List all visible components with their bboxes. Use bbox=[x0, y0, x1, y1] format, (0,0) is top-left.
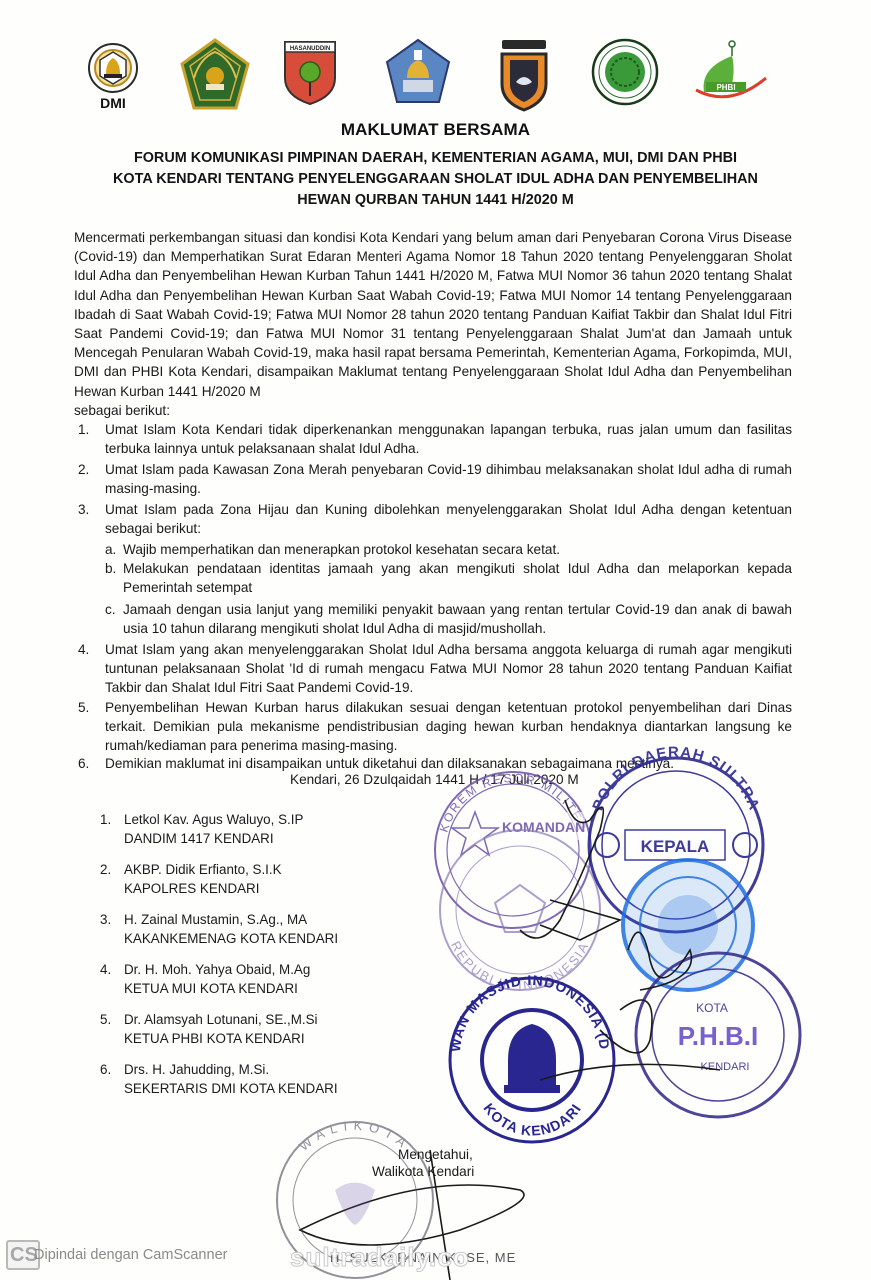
svg-text:KOTA KENDARI: KOTA KENDARI bbox=[481, 1100, 585, 1138]
signatory-role: KETUA MUI KOTA KENDARI bbox=[124, 979, 298, 998]
list-item-text: Umat Islam Kota Kendari tidak diperkenan… bbox=[105, 420, 792, 458]
signatory-number: 1. bbox=[100, 810, 111, 829]
subtitle-line: KOTA KENDARI TENTANG PENYELENGGARAAN SHO… bbox=[60, 169, 811, 190]
camscanner-text: Dipindai dengan CamScanner bbox=[34, 1247, 227, 1263]
list-item-number: 5. bbox=[78, 698, 102, 717]
kodim-hasanuddin-logo: HASANUDDIN bbox=[283, 38, 337, 106]
kota-kendari-logo bbox=[385, 38, 451, 106]
signatory-number: 4. bbox=[100, 960, 111, 979]
signatory-number: 2. bbox=[100, 860, 111, 879]
acknowledgement-title: Walikota Kendari bbox=[372, 1164, 474, 1179]
signatory-role: SEKERTARIS DMI KOTA KENDARI bbox=[124, 1079, 338, 1098]
polda-stamp-center-text: KEPALA bbox=[641, 837, 710, 856]
sub-item-text: Melakukan pendataan identitas jamaah yan… bbox=[123, 559, 792, 597]
dmi-stamp-bottom-text: KOTA KENDARI bbox=[481, 1100, 585, 1138]
signatory-role: KETUA PHBI KOTA KENDARI bbox=[124, 1029, 305, 1048]
kemenag-logo bbox=[180, 38, 250, 110]
svg-text:REPUBLIK INDONESIA: REPUBLIK INDONESIA bbox=[448, 939, 592, 993]
signatory-role: KAKANKEMENAG KOTA KENDARI bbox=[124, 929, 338, 948]
korem-stamp-center-text: KOMANDAN bbox=[502, 819, 585, 835]
signatory-number: 6. bbox=[100, 1060, 111, 1079]
list-item-number: 2. bbox=[78, 460, 102, 479]
camscanner-footer: CS Dipindai dengan CamScanner bbox=[6, 1240, 227, 1270]
signatory-name: AKBP. Didik Erfianto, S.I.K bbox=[124, 860, 282, 879]
kemenag-stamp: REPUBLIK INDONESIA bbox=[440, 830, 600, 993]
signatory-role: KAPOLRES KENDARI bbox=[124, 879, 259, 898]
svg-text:WALIKOTA: WALIKOTA bbox=[296, 1118, 414, 1154]
phbi-stamp: KOTA P.H.B.I KENDARI bbox=[636, 953, 800, 1117]
signatory-name: Letkol Kav. Agus Waluyo, S.IP bbox=[124, 810, 303, 829]
phbi-stamp-center: P.H.B.I bbox=[678, 1021, 758, 1051]
sub-item-letter: a. bbox=[105, 540, 116, 559]
subtitle-line: HEWAN QURBAN TAHUN 1441 H/2020 M bbox=[60, 190, 811, 211]
signatory-name: Dr. H. Moh. Yahya Obaid, M.Ag bbox=[124, 960, 310, 979]
phbi-logo-label: PHBI bbox=[716, 83, 735, 92]
mui-stamp bbox=[623, 860, 753, 990]
document-title: MAKLUMAT BERSAMA bbox=[0, 120, 871, 140]
signatory-name: H. Zainal Mustamin, S.Ag., MA bbox=[124, 910, 307, 929]
signatory-number: 3. bbox=[100, 910, 111, 929]
place-date: Kendari, 26 Dzulqaidah 1441 H / 17 Juli … bbox=[290, 772, 579, 787]
list-item-number: 4. bbox=[78, 640, 102, 659]
signatory-name: Drs. H. Jahudding, M.Si. bbox=[124, 1060, 269, 1079]
document-subtitle: FORUM KOMUNIKASI PIMPINAN DAERAH, KEMENT… bbox=[60, 148, 811, 211]
intro-text: Mencermati perkembangan situasi dan kond… bbox=[74, 228, 792, 401]
polda-sultra-logo bbox=[498, 38, 550, 113]
list-item-text: Umat Islam pada Kawasan Zona Merah penye… bbox=[105, 460, 792, 498]
sub-item-letter: c. bbox=[105, 600, 116, 619]
list-item-text: Umat Islam yang akan menyelenggarakan Sh… bbox=[105, 640, 792, 697]
list-item-text: Penyembelihan Hewan Kurban harus dilakuk… bbox=[105, 698, 792, 755]
phbi-stamp-kota: KOTA bbox=[696, 1001, 728, 1015]
list-item-number: 6. bbox=[78, 754, 102, 773]
list-item-text: Umat Islam pada Zona Hijau dan Kuning di… bbox=[105, 500, 792, 538]
logos-row: DMI HASANUDDIN bbox=[80, 38, 800, 113]
list-item-text: Demikian maklumat ini disampaikan untuk … bbox=[105, 754, 792, 773]
intro-paragraph: Mencermati perkembangan situasi dan kond… bbox=[74, 228, 792, 420]
kodim-logo-label: HASANUDDIN bbox=[290, 46, 330, 52]
signatory-number: 5. bbox=[100, 1010, 111, 1029]
signatures bbox=[300, 800, 720, 1280]
signatory-role: DANDIM 1417 KENDARI bbox=[124, 829, 274, 848]
sub-item-letter: b. bbox=[105, 559, 116, 578]
sub-item-text: Wajib memperhatikan dan menerapkan proto… bbox=[123, 540, 792, 559]
walikota-stamp-text: WALIKOTA bbox=[296, 1118, 414, 1154]
list-item-number: 3. bbox=[78, 500, 102, 519]
list-item-number: 1. bbox=[78, 420, 102, 439]
korem-stamp: KOREM RESOR MILITER KOMANDAN bbox=[435, 771, 591, 928]
site-watermark: sultradaily.co bbox=[290, 1242, 470, 1273]
acknowledgement-label: Mengetahui, bbox=[398, 1145, 473, 1164]
dmi-logo: DMI bbox=[80, 38, 146, 113]
intro-lead-in: sebagai berikut: bbox=[74, 401, 792, 420]
signatory-name: Dr. Alamsyah Lotunani, SE.,M.Si bbox=[124, 1010, 318, 1029]
document-page: DMI HASANUDDIN bbox=[0, 0, 871, 1280]
subtitle-line: FORUM KOMUNIKASI PIMPINAN DAERAH, KEMENT… bbox=[60, 148, 811, 169]
sub-item-text: Jamaah dengan usia lanjut yang memiliki … bbox=[123, 600, 792, 638]
phbi-logo: PHBI bbox=[690, 38, 770, 106]
mui-logo bbox=[591, 38, 659, 106]
dmi-logo-label: DMI bbox=[100, 95, 126, 111]
phbi-stamp-kendari: KENDARI bbox=[701, 1061, 750, 1073]
kemenag-stamp-text: REPUBLIK INDONESIA bbox=[448, 939, 592, 993]
